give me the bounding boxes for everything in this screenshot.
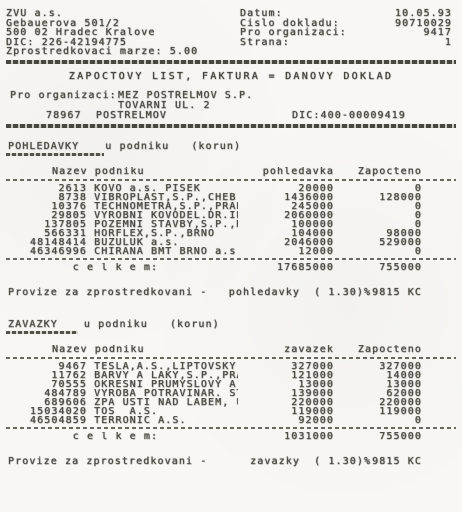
meta-label: Strana: [240, 38, 290, 48]
table-row: 48148414 BUZULUK a.s. 2046000 529000 [6, 238, 456, 247]
meta-row: Strana: 1 [240, 38, 452, 48]
separator-line [6, 124, 456, 128]
company-name: 2613 KOVO a.s. PISEK [6, 184, 238, 193]
offset-value: 220000 [334, 398, 422, 407]
offset-value: 13000 [334, 380, 422, 389]
document-meta-block: Datum: 10.05.93 Cislo dokladu: 90710029 … [240, 9, 452, 57]
offset-value: 529000 [334, 238, 422, 247]
section-unit: (korun) [191, 142, 241, 152]
total-amount: 1031000 [238, 432, 334, 442]
document-title: ZAPOCTOVY LIST, FAKTURA = DANOVY DOKLAD [6, 71, 456, 82]
document-header: ZVU a.s. Gebauerova 501/2 500 02 Hradec … [6, 9, 456, 57]
receivables-section: POHLEDAVKY u podniku (korun) Nazev podni… [6, 142, 456, 298]
table-row: 46346996 CHIRANA BMT BRNO a.s. 12000 0 [6, 247, 456, 256]
amount-value: 139000 [238, 389, 334, 398]
liabilities-total-row: c e l k e m: 1031000 755000 [6, 432, 456, 442]
table-row: 15034020 TOS A.S. 119000 119000 [6, 407, 456, 416]
issuer-margin-note: Zprostredkovaci marze: 5.00 [6, 47, 198, 57]
offset-value: 0 [334, 184, 422, 193]
table-row: 566331 HORFLEX,S.P.,BRNO 104000 98000 [6, 229, 456, 238]
liabilities-rows: 9467 TESLA,A.S.,LIPTOVSKY HRADOK 327000 … [6, 362, 456, 425]
recipient-zip-city: 78967 POSTRELMOV [46, 111, 292, 121]
section-title: ZAVAZKY [8, 320, 58, 330]
commission-value: 9815 KC [371, 288, 422, 298]
total-label: c e l k e m: [6, 432, 238, 442]
table-row: 2613 KOVO a.s. PISEK 20000 0 [6, 184, 456, 193]
section-unit: (korun) [170, 320, 220, 330]
company-name: 46346996 CHIRANA BMT BRNO a.s. [6, 247, 238, 256]
recipient-block: Pro organizaci: MEZ POSTRELMOV S.P. TOVA… [10, 91, 456, 121]
table-row: 70555 OKRESNI PRUMYSLOVY A OPRAVAREN 130… [6, 380, 456, 389]
table-header-row: Nazev podniku zavazek Zapocteno [6, 345, 456, 355]
recipient-row: 78967 POSTRELMOV DIC:400-00009419 [10, 111, 456, 121]
company-name: 70555 OKRESNI PRUMYSLOVY A OPRAVAREN [6, 380, 238, 389]
commission-label: Provize za zprostredkovani - pohledavky … [6, 288, 371, 298]
offset-value: 128000 [334, 193, 422, 202]
section-underline [6, 331, 78, 334]
section-underline [6, 153, 104, 156]
table-row: 11762 BARVY A LAKY,S.P.,PRAHA 121000 140… [6, 371, 456, 380]
company-name: 46504859 TERRONIC A.S. [6, 416, 238, 425]
offset-value: 0 [334, 220, 422, 229]
company-name: 484789 VYROBA POTRAVINAR. STROJU S.P [6, 389, 238, 398]
offset-value: 0 [334, 416, 422, 425]
amount-value: 2060000 [238, 211, 334, 220]
total-label: c e l k e m: [6, 263, 238, 273]
offset-value: 98000 [334, 229, 422, 238]
amount-value: 104000 [238, 229, 334, 238]
column-header-name: Nazev podniku [6, 345, 238, 355]
table-divider [6, 427, 456, 429]
amount-value: 20000 [238, 184, 334, 193]
offset-value: 0 [334, 247, 422, 256]
amount-value: 121000 [238, 371, 334, 380]
commission-label: Provize za zprostredkovani - zavazky ( 1… [6, 457, 371, 467]
total-amount: 17685000 [238, 263, 334, 273]
table-row: 9467 TESLA,A.S.,LIPTOVSKY HRADOK 327000 … [6, 362, 456, 371]
receivables-section-header: POHLEDAVKY u podniku (korun) [8, 142, 456, 152]
receivables-commission-line: Provize za zprostredkovani - pohledavky … [6, 288, 456, 298]
section-title: POHLEDAVKY [8, 142, 79, 152]
liabilities-commission-line: Provize za zprostredkovani - zavazky ( 1… [6, 457, 456, 467]
table-row: 29805 VYROBNI KOVODEL.DR.INVAL.,OPLIK 20… [6, 211, 456, 220]
company-name: 29805 VYROBNI KOVODEL.DR.INVAL.,OPLIK [6, 211, 238, 220]
company-name: 8738 VIBROPLAST,S.P.,CHEB [6, 193, 238, 202]
amount-value: 1436000 [238, 193, 334, 202]
company-name: 11762 BARVY A LAKY,S.P.,PRAHA [6, 371, 238, 380]
table-row: 10376 TECHNOMETRA,S.P.,PRAHA 245000 0 [6, 202, 456, 211]
total-offset: 755000 [334, 263, 422, 273]
table-divider [6, 179, 456, 181]
company-name: 48148414 BUZULUK a.s. [6, 238, 238, 247]
column-header-amount: zavazek [238, 345, 334, 355]
offset-value: 14000 [334, 371, 422, 380]
table-header-row: Nazev podniku pohledavka Zapocteno [6, 167, 456, 177]
offset-value: 0 [334, 202, 422, 211]
amount-value: 327000 [238, 362, 334, 371]
company-name: 10376 TECHNOMETRA,S.P.,PRAHA [6, 202, 238, 211]
amount-value: 119000 [238, 407, 334, 416]
commission-value: 9815 KC [371, 457, 422, 467]
offset-value: 0 [334, 211, 422, 220]
column-header-name: Nazev podniku [6, 167, 238, 177]
column-header-amount: pohledavka [238, 167, 334, 177]
issuer-address-block: ZVU a.s. Gebauerova 501/2 500 02 Hradec … [6, 9, 198, 57]
amount-value: 92000 [238, 416, 334, 425]
recipient-dic: DIC:400-00009419 [292, 111, 406, 121]
liabilities-section: ZAVAZKY u podniku (korun) Nazev podniku … [6, 320, 456, 467]
company-name: 689606 ZPA USTI NAD LABEM, USTI NAD L [6, 398, 238, 407]
meta-value: 1 [445, 38, 452, 48]
company-name: 15034020 TOS A.S. [6, 407, 238, 416]
amount-value: 220000 [238, 398, 334, 407]
scanned-invoice-page: ZVU a.s. Gebauerova 501/2 500 02 Hradec … [0, 0, 462, 512]
amount-value: 12000 [238, 247, 334, 256]
liabilities-table: Nazev podniku zavazek Zapocteno 9467 TES… [6, 345, 456, 442]
table-row: 8738 VIBROPLAST,S.P.,CHEB 1436000 128000 [6, 193, 456, 202]
section-subtitle: u podniku [84, 320, 148, 330]
receivables-rows: 2613 KOVO a.s. PISEK 20000 0 8738 VIBROP… [6, 184, 456, 256]
amount-value: 13000 [238, 380, 334, 389]
offset-value: 119000 [334, 407, 422, 416]
table-divider [6, 258, 456, 260]
separator-line [6, 60, 456, 64]
amount-value: 100000 [238, 220, 334, 229]
offset-value: 62000 [334, 389, 422, 398]
column-header-offset: Zapocteno [334, 345, 422, 355]
offset-value: 327000 [334, 362, 422, 371]
liabilities-section-header: ZAVAZKY u podniku (korun) [8, 320, 456, 330]
table-row: 484789 VYROBA POTRAVINAR. STROJU S.P 139… [6, 389, 456, 398]
recipient-row: Pro organizaci: MEZ POSTRELMOV S.P. [10, 91, 456, 101]
section-subtitle: u podniku [105, 142, 169, 152]
amount-value: 2046000 [238, 238, 334, 247]
receivables-table: Nazev podniku pohledavka Zapocteno 2613 … [6, 167, 456, 273]
column-header-offset: Zapocteno [334, 167, 422, 177]
table-divider [6, 357, 456, 359]
recipient-label: Pro organizaci: [10, 91, 118, 101]
table-row: 46504859 TERRONIC A.S. 92000 0 [6, 416, 456, 425]
total-offset: 755000 [334, 432, 422, 442]
table-row: 137805 POZEMNI STAVBY,S.P.,MICHALOVCE 10… [6, 220, 456, 229]
table-row: 689606 ZPA USTI NAD LABEM, USTI NAD L 22… [6, 398, 456, 407]
amount-value: 245000 [238, 202, 334, 211]
receivables-total-row: c e l k e m: 17685000 755000 [6, 263, 456, 273]
company-name: 566331 HORFLEX,S.P.,BRNO [6, 229, 238, 238]
company-name: 9467 TESLA,A.S.,LIPTOVSKY HRADOK [6, 362, 238, 371]
company-name: 137805 POZEMNI STAVBY,S.P.,MICHALOVCE [6, 220, 238, 229]
